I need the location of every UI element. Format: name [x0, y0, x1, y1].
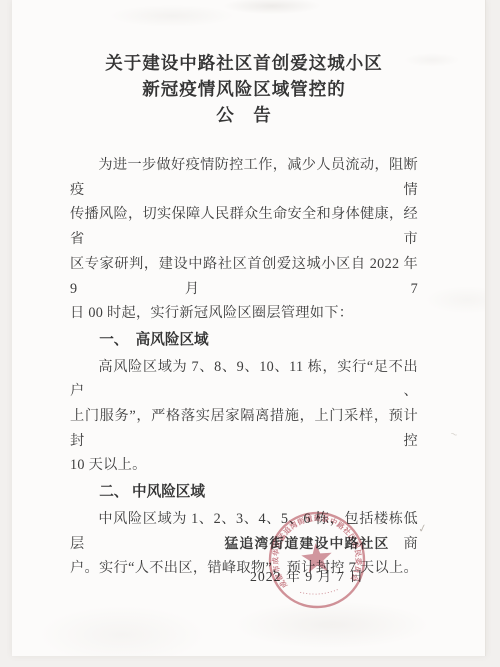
section-1-line: 高风险区域为 7、8、9、10、11 栋，实行“足不出户、 [70, 355, 418, 404]
section-1-line: 10 天以上。 [70, 453, 418, 478]
intro-line: 为进一步做好疫情防控工作，减少人员流动，阻断疫情 [70, 153, 418, 202]
notice-title-line-1: 关于建设中路社区首创爱这城小区 [70, 50, 418, 76]
notice-body: 关于建设中路社区首创爱这城小区 新冠疫情风险区域管控的 公 告 为进一步做好疫情… [70, 0, 418, 581]
intro-line: 传播风险，切实保障人民群众生命安全和身体健康，经省市 [70, 202, 418, 251]
seal-bottom-marks-wrap: ••••••••••••• [299, 586, 341, 598]
notice-title-line-3: 公 告 [70, 102, 418, 129]
notice-title-line-2: 新冠疫情风险区域管控的 [70, 76, 418, 102]
intro-line: 日 00 时起，实行新冠风险区圈层管理如下： [70, 301, 418, 326]
pen-smudge-mark: ✓ [417, 521, 429, 536]
faint-smudge-mark: ~ [449, 429, 460, 441]
official-seal: 成都市成华区猛追湾街道建设中路社区居民委员会 ••••••••••••• [252, 495, 382, 625]
section-1-heading: 一、 高风险区域 [70, 328, 418, 353]
intro-line: 区专家研判，建设中路社区首创爱这城小区自 2022 年 9 月 7 [70, 252, 418, 301]
seal-bottom-marks: ••••••••••••• [299, 586, 341, 598]
section-1-line: 上门服务”，严格落实居家隔离措施，上门采样，预计封控 [70, 404, 418, 453]
intro-paragraph: 为进一步做好疫情防控工作，减少人员流动，阻断疫情 传播风险，切实保障人民群众生命… [70, 153, 418, 326]
seal-star-icon [300, 542, 333, 573]
document-page: 关于建设中路社区首创爱这城小区 新冠疫情风险区域管控的 公 告 为进一步做好疫情… [12, 0, 486, 656]
section-1-paragraph: 高风险区域为 7、8、9、10、11 栋，实行“足不出户、 上门服务”，严格落实… [70, 355, 418, 479]
